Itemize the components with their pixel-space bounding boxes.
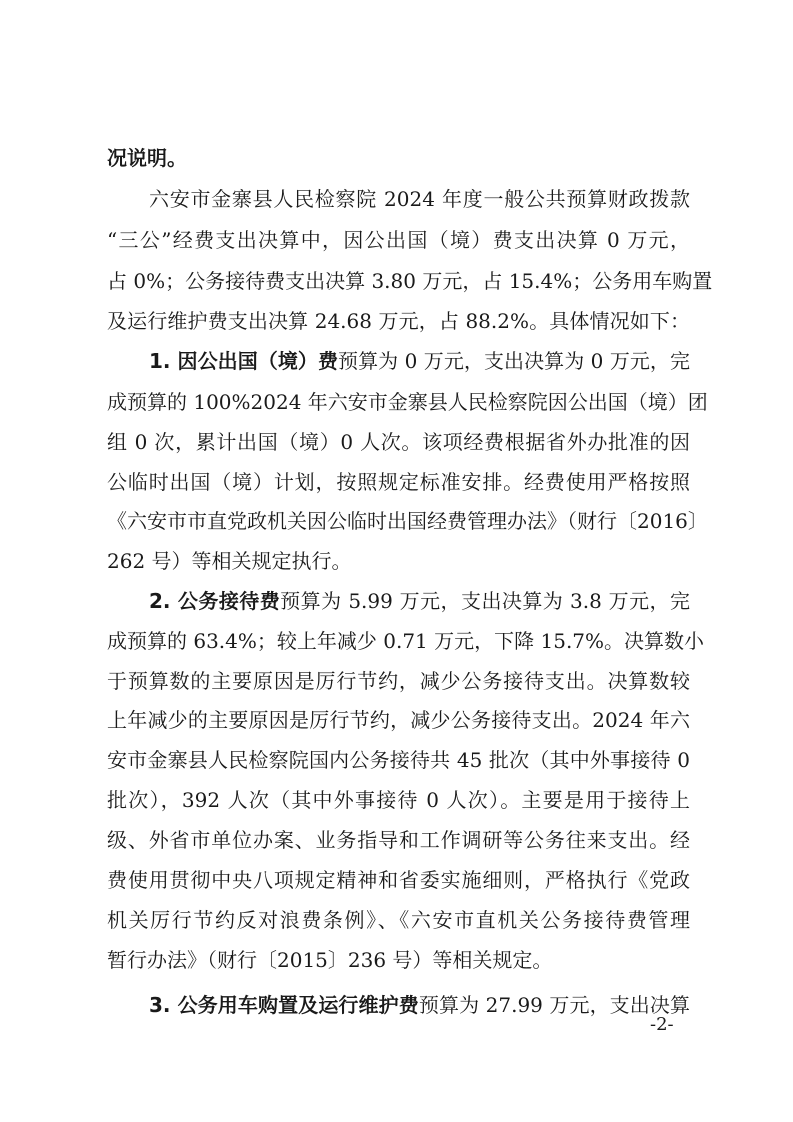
intro-line-3: 占 0%；公务接待费支出决算 3.80 万元，占 15.4%；公务用车购置 [107, 266, 690, 296]
item2-line-3: 于预算数的主要原因是厉行节约，减少公务接待支出。决算数较 [107, 666, 690, 696]
intro-line-2: “三公”经费支出决算中，因公出国（境）费支出决算 0 万元， [107, 225, 690, 255]
item3-first-line: 3. 公务用车购置及运行维护费预算为 27.99 万元，支出决算 [149, 990, 690, 1020]
heading-tail: 况说明。 [107, 143, 690, 173]
item2-line-2: 成预算的 63.4%；较上年减少 0.71 万元，下降 15.7%。决算数小 [107, 626, 690, 656]
page-number: -2- [650, 1014, 674, 1035]
item2-title: 2. 公务接待费 [149, 589, 280, 613]
item1-first-line: 1. 因公出国（境）费预算为 0 万元，支出决算为 0 万元，完 [149, 346, 690, 376]
intro-line-4: 及运行维护费支出决算 24.68 万元，占 88.2%。具体情况如下： [107, 306, 690, 336]
item2-line-4: 上年减少的主要原因是厉行节约，减少公务接待支出。2024 年六 [107, 705, 690, 735]
item1-first-rest: 预算为 0 万元，支出决算为 0 万元，完 [338, 349, 690, 373]
item2-first-rest: 预算为 5.99 万元，支出决算为 3.8 万元，完 [280, 589, 690, 613]
item2-line-7: 级、外省市单位办案、业务指导和工作调研等公务往来支出。经 [107, 825, 690, 855]
item1-line-6: 262 号）等相关规定执行。 [107, 546, 690, 576]
intro-line-1: 六安市金寨县人民检察院 2024 年度一般公共预算财政拨款 [149, 184, 690, 214]
item1-line-3: 组 0 次，累计出国（境）0 人次。该项经费根据省外办批准的因 [107, 427, 690, 457]
item2-line-8: 费使用贯彻中央八项规定精神和省委实施细则，严格执行《党政 [107, 865, 690, 895]
item3-title: 3. 公务用车购置及运行维护费 [149, 993, 419, 1017]
item1-line-5: 《六安市市直党政机关因公临时出国经费管理办法》（财行〔2016〕 [107, 506, 690, 536]
item1-line-2: 成预算的 100%2024 年六安市金寨县人民检察院因公出国（境）团 [107, 387, 690, 417]
item2-line-10: 暂行办法》（财行〔2015〕236 号）等相关规定。 [107, 945, 690, 975]
item2-line-9: 机关厉行节约反对浪费条例》、《六安市直机关公务接待费管理 [107, 905, 690, 935]
document-page: 况说明。 六安市金寨县人民检察院 2024 年度一般公共预算财政拨款 “三公”经… [0, 0, 793, 1122]
item1-line-4: 公临时出国（境）计划，按照规定标准安排。经费使用严格按照 [107, 467, 690, 497]
item2-first-line: 2. 公务接待费预算为 5.99 万元，支出决算为 3.8 万元，完 [149, 586, 690, 616]
item2-line-6: 批次），392 人次（其中外事接待 0 人次）。主要是用于接待上 [107, 785, 690, 815]
item1-title: 1. 因公出国（境）费 [149, 349, 338, 373]
item2-line-5: 安市金寨县人民检察院国内公务接待共 45 批次（其中外事接待 0 [107, 745, 690, 775]
